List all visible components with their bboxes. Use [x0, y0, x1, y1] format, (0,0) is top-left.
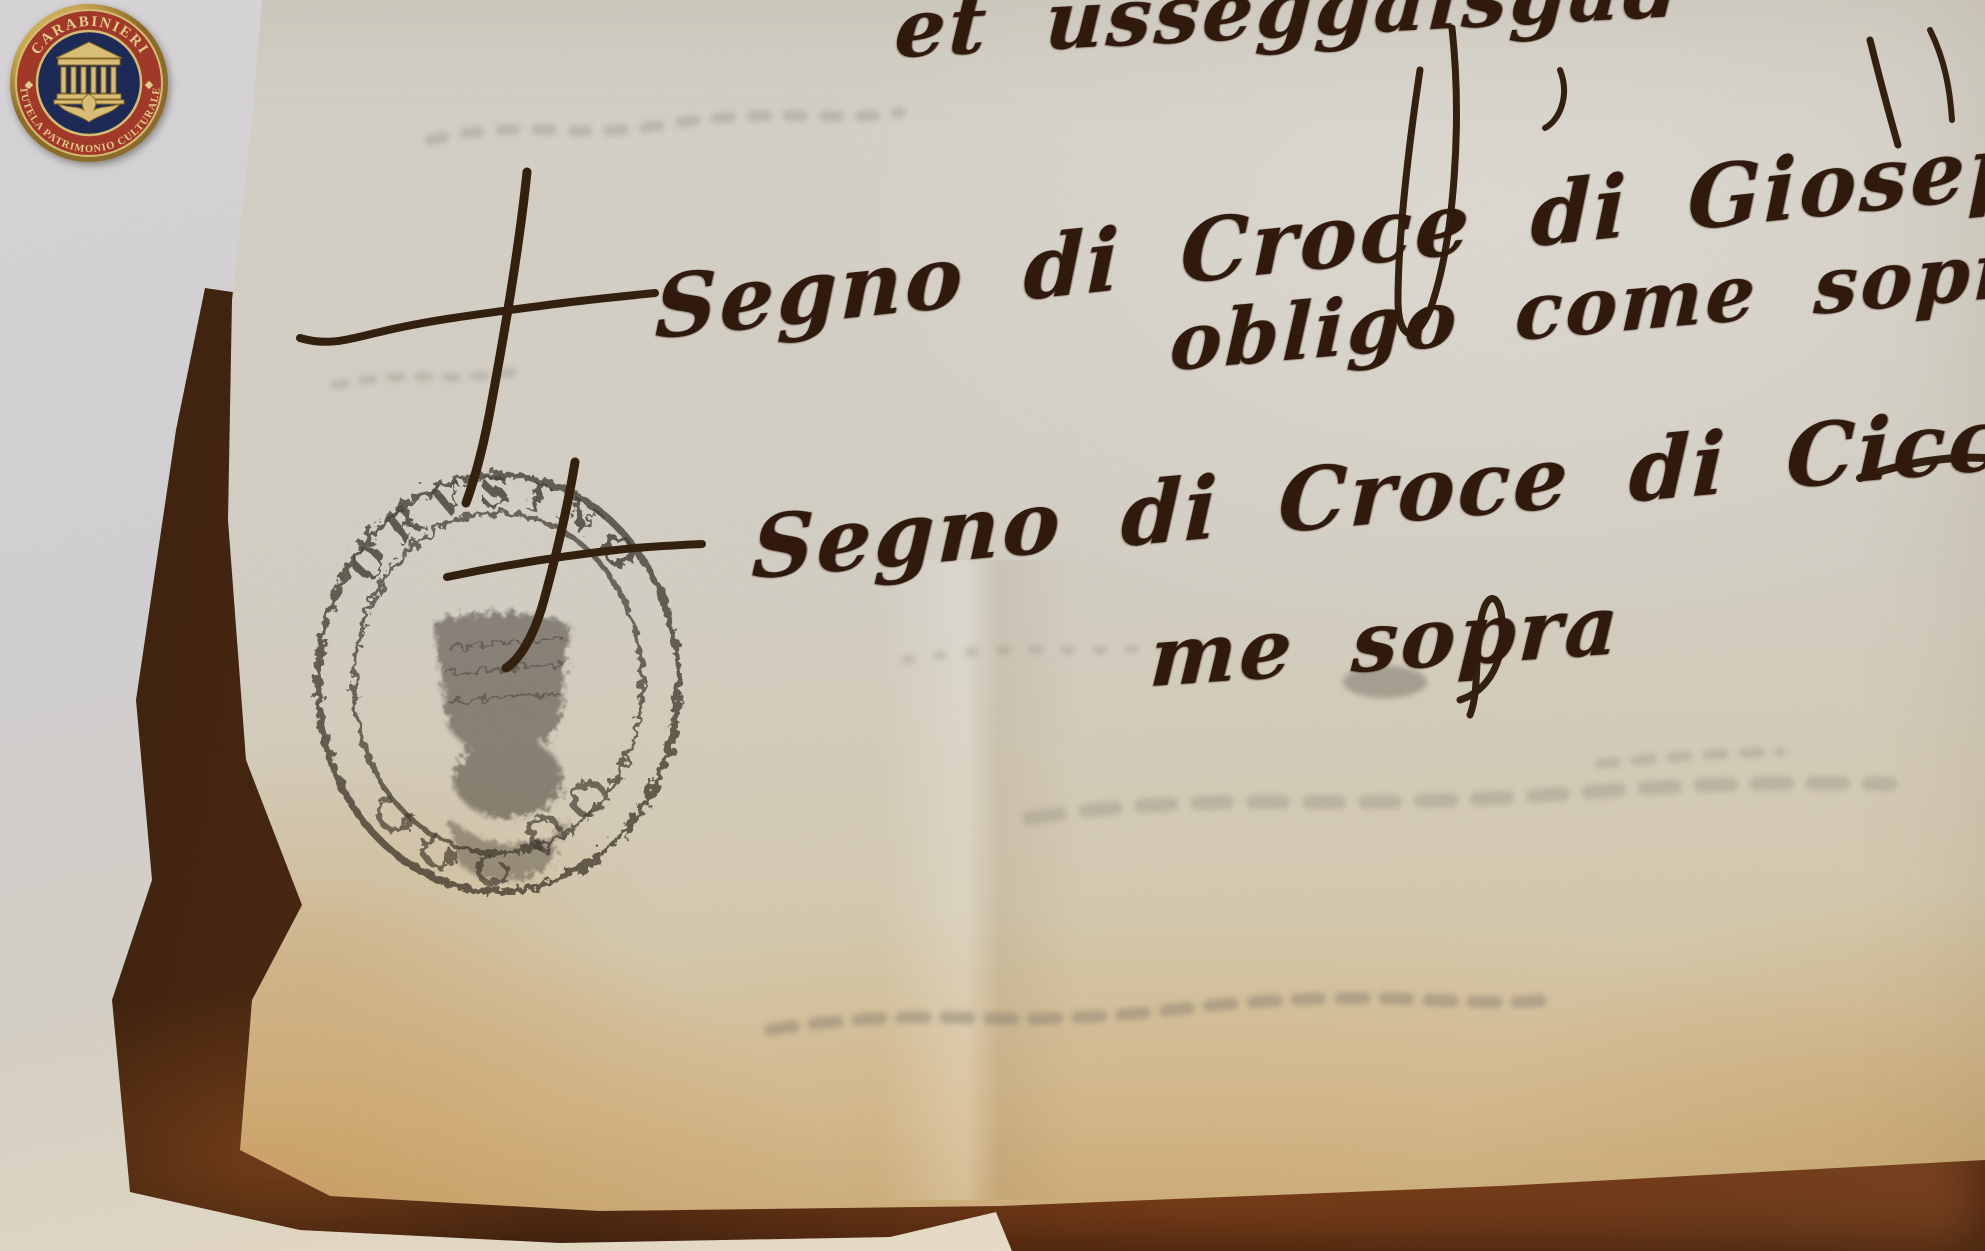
carabinieri-tpc-badge-icon: CARABINIERI TUTELA PATRIMONIO CULTURALE: [8, 2, 170, 164]
ink-stamp-seal: ORVSINO: [298, 458, 698, 910]
stamp-coat-of-arms: [433, 612, 570, 881]
photograph-of-manuscript: ORVSINO: [0, 0, 1985, 1251]
stamp-ring-text: ORVSINO: [340, 468, 656, 591]
